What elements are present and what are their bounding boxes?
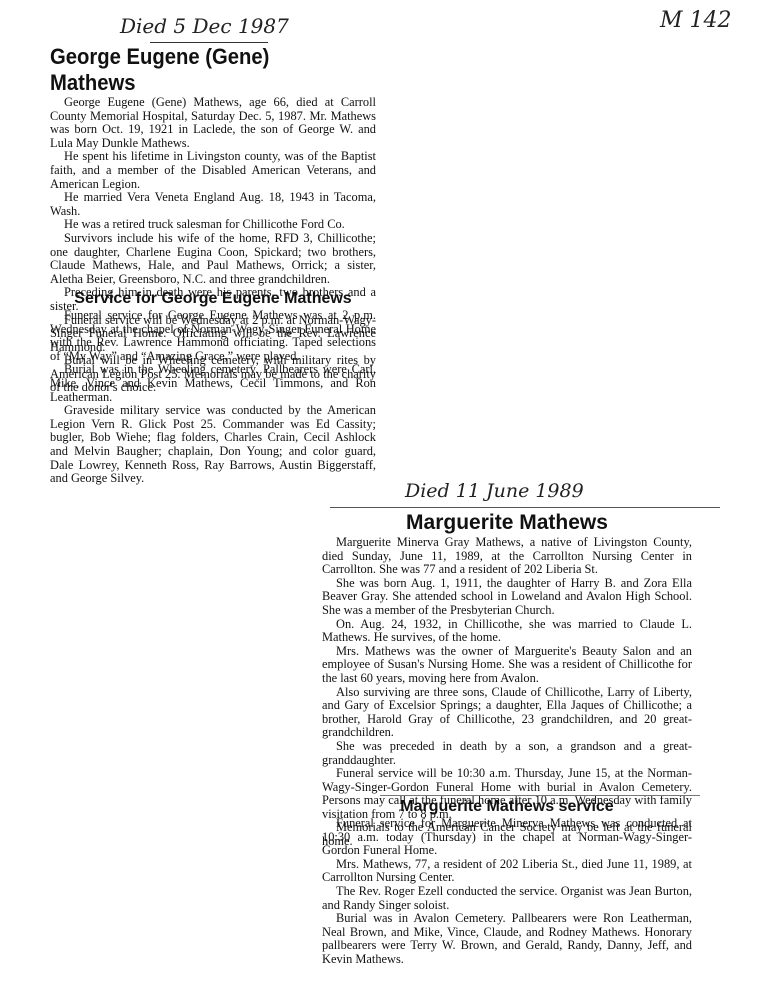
article-body: Funeral service for George Eugene Mathew… <box>50 309 376 486</box>
headline: Marguerite Mathews <box>322 510 692 536</box>
divider <box>330 507 720 508</box>
handwritten-death-date-2: Died 11 June 1989 <box>405 480 584 502</box>
paragraph: Funeral service for George Eugene Mathew… <box>50 309 376 363</box>
paragraph: Mrs. Mathews was the owner of Marguerite… <box>322 645 692 686</box>
service-george-mathews: Service for George Eugene Mathews Funera… <box>50 289 376 486</box>
paragraph: Funeral service for Marguerite Minerva M… <box>322 817 692 858</box>
paragraph: Burial was in the Wheeling cemetery. Pal… <box>50 363 376 404</box>
headline: George Eugene (Gene) Mathews <box>50 44 350 96</box>
paragraph: The Rev. Roger Ezell conducted the servi… <box>322 885 692 912</box>
paragraph: George Eugene (Gene) Mathews, age 66, di… <box>50 96 376 150</box>
paragraph: Mrs. Mathews, 77, a resident of 202 Libe… <box>322 858 692 885</box>
paragraph: On. Aug. 24, 1932, in Chillicothe, she w… <box>322 618 692 645</box>
handwritten-page-ref: M 142 <box>660 8 732 33</box>
divider <box>150 42 268 43</box>
headline: Service for George Eugene Mathews <box>50 289 376 309</box>
headline: Marguerite Mathews service <box>322 797 692 817</box>
service-marguerite-mathews: Marguerite Mathews service Funeral servi… <box>322 797 692 967</box>
paragraph: Graveside military service was conducted… <box>50 404 376 486</box>
paragraph: Burial was in Avalon Cemetery. Pallbeare… <box>322 912 692 966</box>
paragraph: She was born Aug. 1, 1911, the daughter … <box>322 577 692 618</box>
article-body: Funeral service for Marguerite Minerva M… <box>322 817 692 967</box>
paragraph: He married Vera Veneta England Aug. 18, … <box>50 191 376 218</box>
paragraph: She was preceded in death by a son, a gr… <box>322 740 692 767</box>
paragraph: Also surviving are three sons, Claude of… <box>322 686 692 740</box>
paragraph: He spent his lifetime in Livingston coun… <box>50 150 376 191</box>
paragraph: Survivors include his wife of the home, … <box>50 232 376 286</box>
paragraph: He was a retired truck salesman for Chil… <box>50 218 376 232</box>
paragraph: Marguerite Minerva Gray Mathews, a nativ… <box>322 536 692 577</box>
handwritten-death-date: Died 5 Dec 1987 <box>120 14 289 38</box>
divider <box>380 795 700 796</box>
